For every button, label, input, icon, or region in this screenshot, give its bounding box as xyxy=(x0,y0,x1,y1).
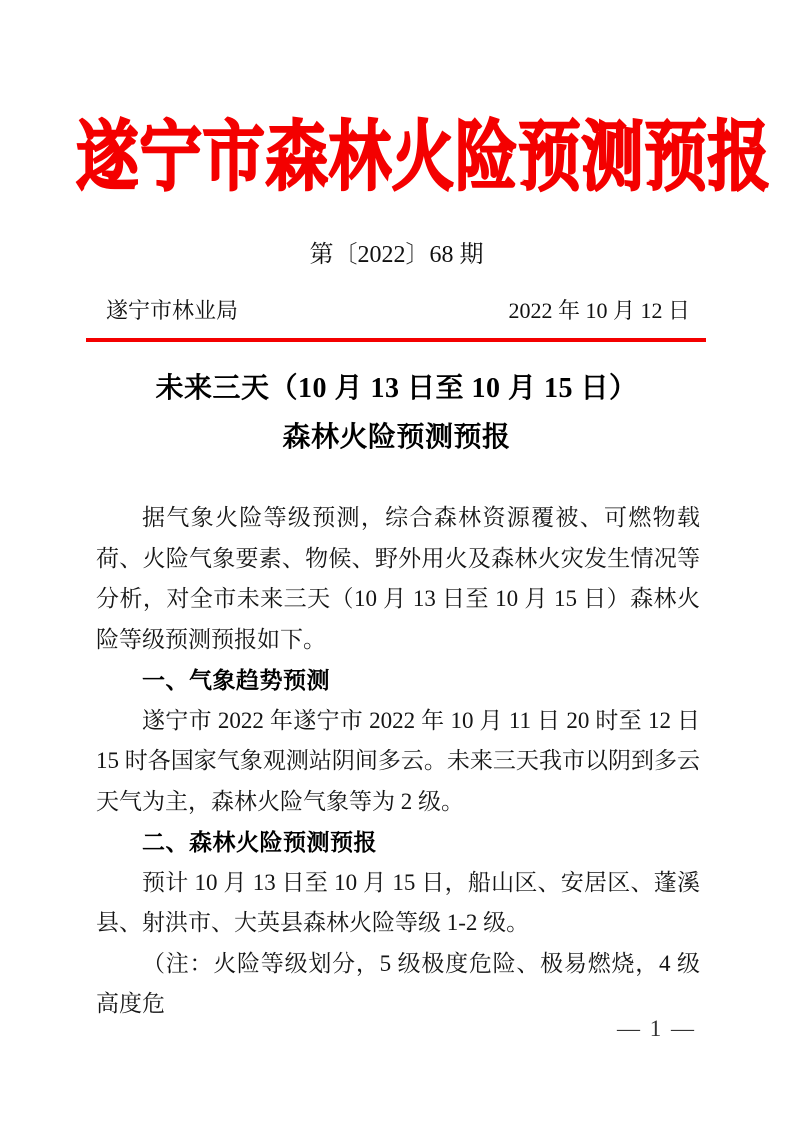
paragraph-note: （注：火险等级划分，5 级极度危险、极易燃烧，4 级高度危 xyxy=(96,944,700,1025)
document-title-line2: 森林火险预测预报 xyxy=(0,413,793,462)
section-heading-1: 一、气象趋势预测 xyxy=(96,660,700,701)
red-divider-rule xyxy=(86,338,706,342)
document-page: 遂宁市森林火险预测预报 第〔2022〕68 期 遂宁市林业局 2022 年 10… xyxy=(0,0,793,1122)
masthead-title: 遂宁市森林火险预测预报 xyxy=(0,112,793,204)
publisher-name: 遂宁市林业局 xyxy=(106,296,238,326)
paragraph-weather-trend: 遂宁市 2022 年遂宁市 2022 年 10 月 11 日 20 时至 12 … xyxy=(96,701,700,823)
masthead-title-text: 遂宁市森林火险预测预报 xyxy=(76,112,771,204)
paragraph-fire-forecast: 预计 10 月 13 日至 10 月 15 日，船山区、安居区、蓬溪县、射洪市、… xyxy=(96,863,700,944)
issue-number: 第〔2022〕68 期 xyxy=(0,238,793,272)
article-body: 据气象火险等级预测，综合森林资源覆被、可燃物载荷、火险气象要素、物候、野外用火及… xyxy=(96,498,700,1025)
section-heading-2: 二、森林火险预测预报 xyxy=(96,822,700,863)
publish-date: 2022 年 10 月 12 日 xyxy=(508,296,690,326)
paragraph-intro: 据气象火险等级预测，综合森林资源覆被、可燃物载荷、火险气象要素、物候、野外用火及… xyxy=(96,498,700,660)
publication-row: 遂宁市林业局 2022 年 10 月 12 日 xyxy=(0,296,793,326)
page-number: — 1 — xyxy=(617,1016,696,1042)
document-title: 未来三天（10 月 13 日至 10 月 15 日） 森林火险预测预报 xyxy=(0,364,793,462)
document-title-line1: 未来三天（10 月 13 日至 10 月 15 日） xyxy=(0,364,793,413)
